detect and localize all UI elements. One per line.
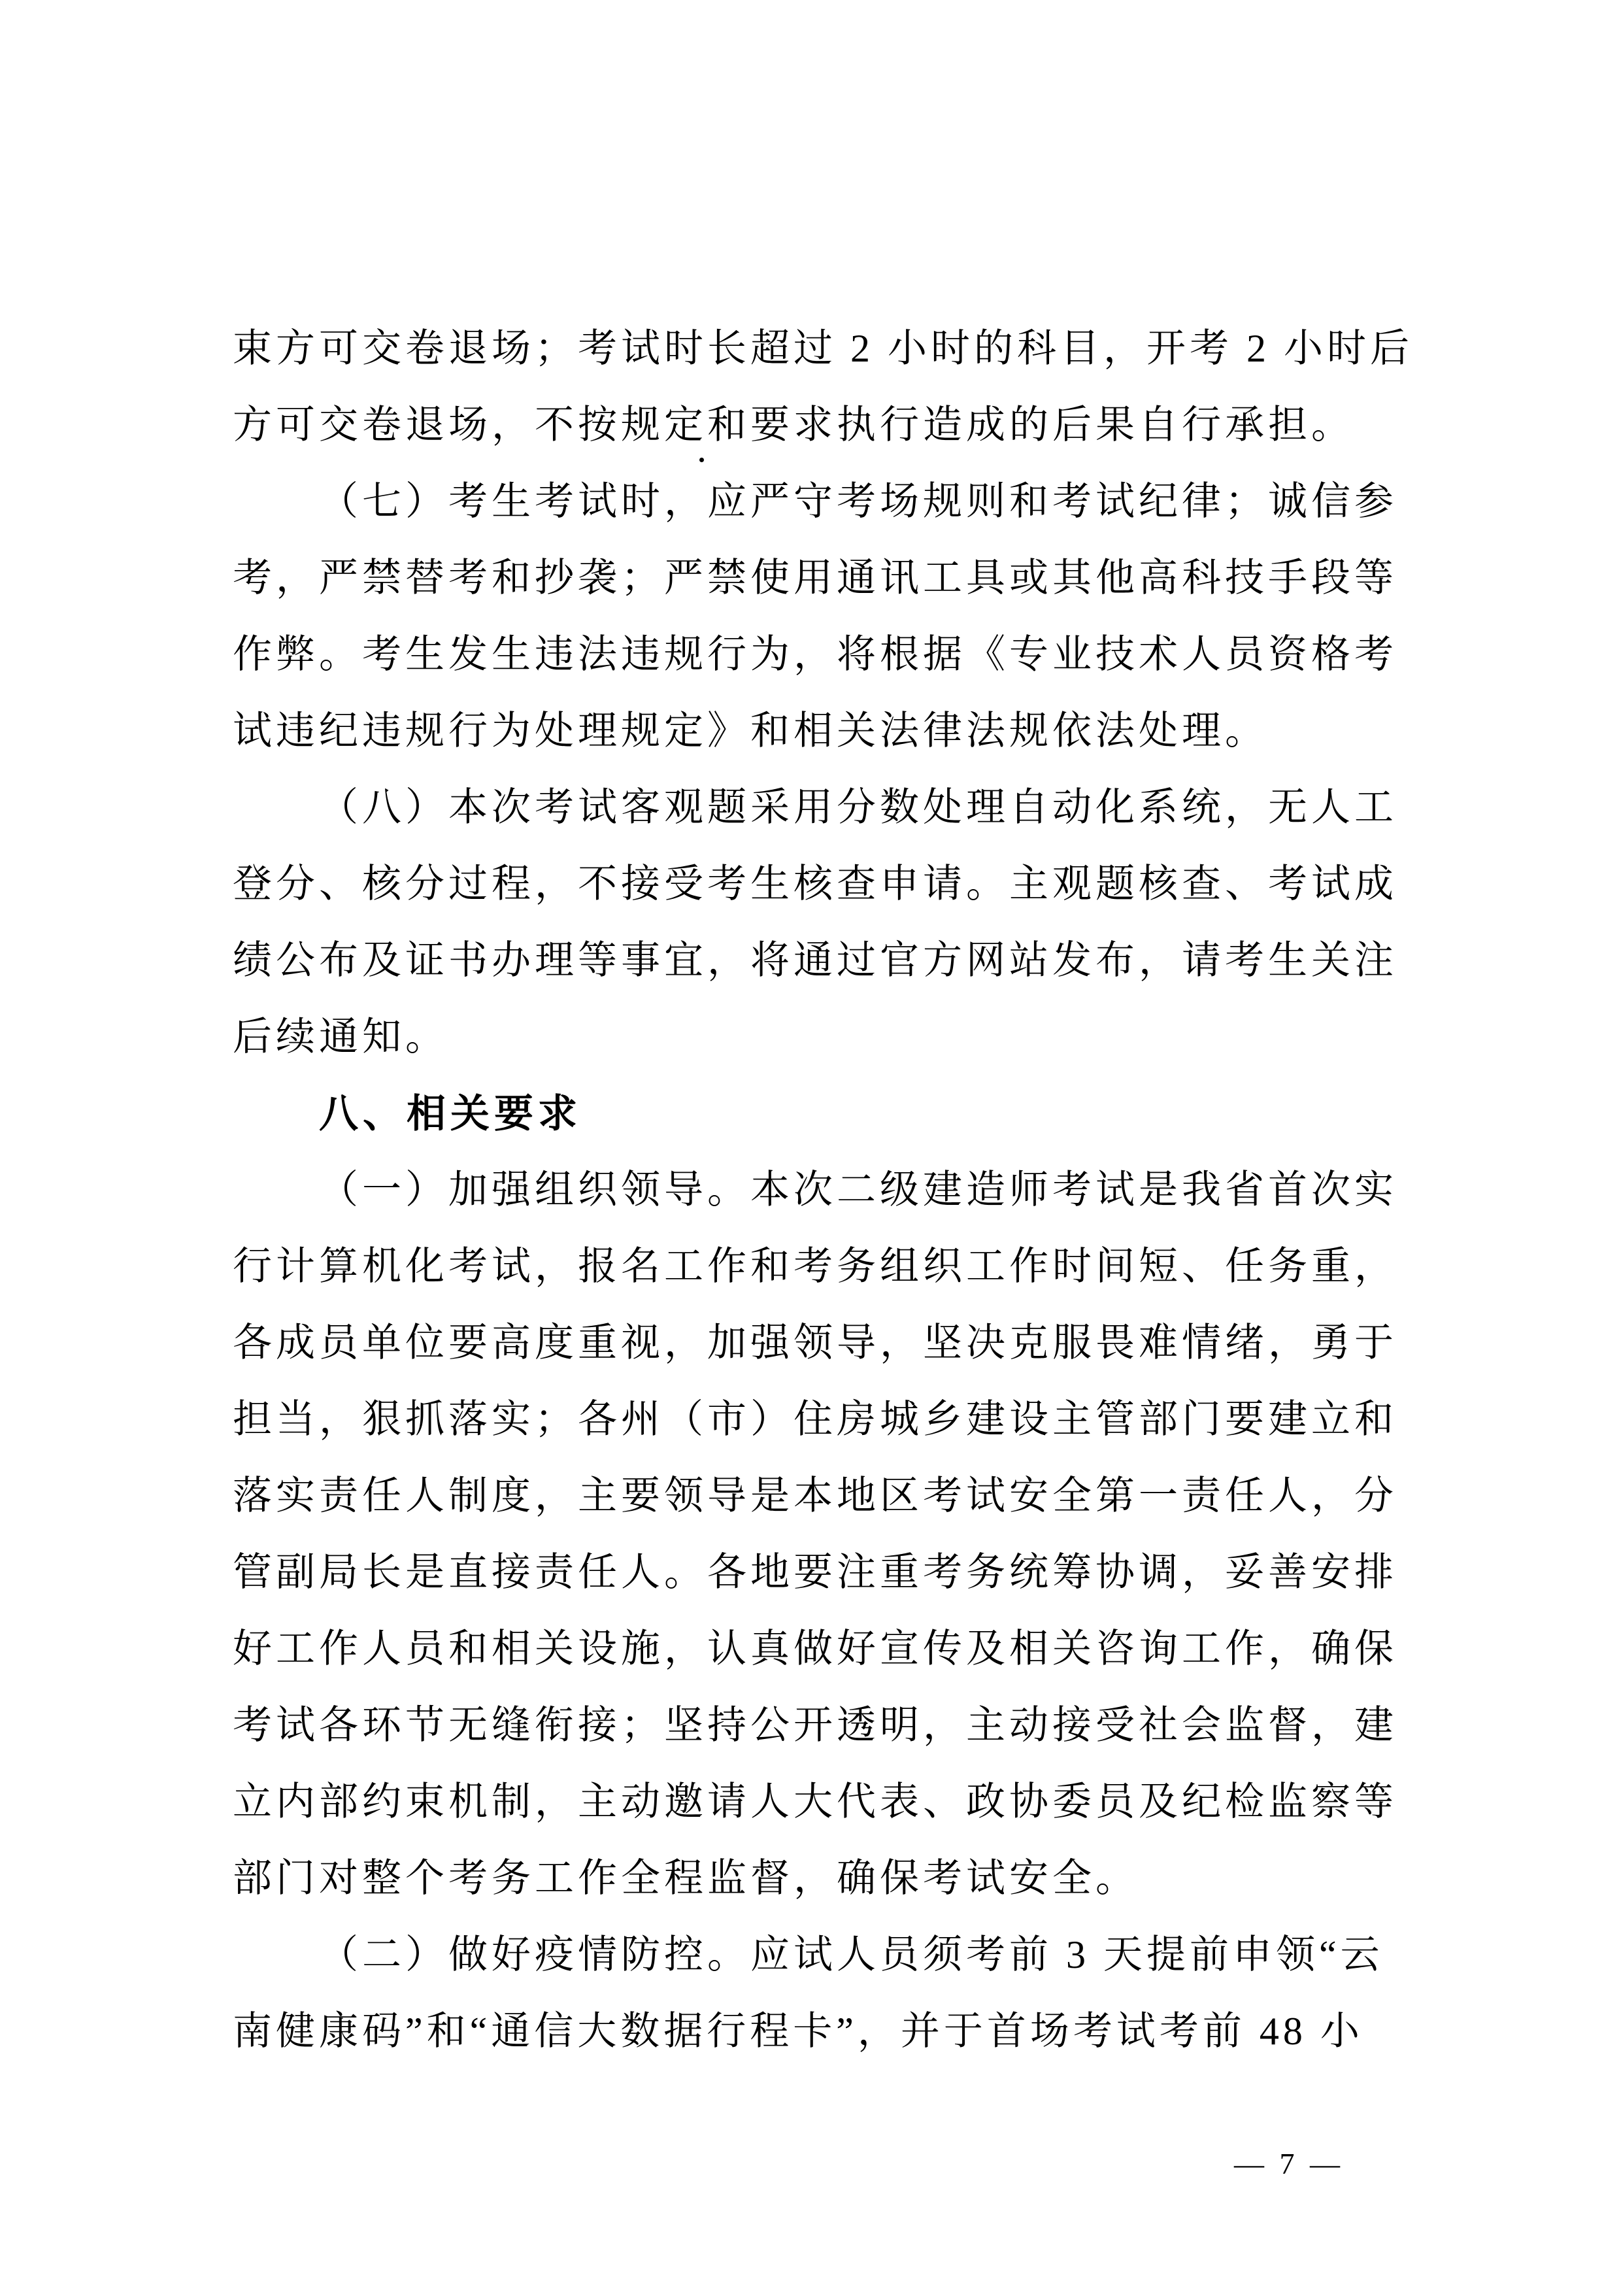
- text-line: 考，严禁替考和抄袭；严禁使用通讯工具或其他高科技手段等: [233, 540, 1396, 616]
- body-text-block: 束方可交卷退场；考试时长超过 2 小时的科目，开考 2 小时后方可交卷退场，不按…: [233, 311, 1396, 2070]
- text-line: 落实责任人制度，主要领导是本地区考试安全第一责任人，分: [233, 1458, 1396, 1534]
- text-line: 作弊。考生发生违法违规行为，将根据《专业技术人员资格考: [233, 616, 1396, 693]
- text-line: 担当，狠抓落实；各州（市）住房城乡建设主管部门要建立和: [233, 1381, 1396, 1458]
- text-line: 立内部约束机制，主动邀请人大代表、政协委员及纪检监察等: [233, 1764, 1396, 1840]
- text-line: （七）考生考试时，应严守考场规则和考试纪律；诚信参: [233, 464, 1396, 540]
- text-line: （二）做好疫情防控。应试人员须考前 3 天提前申领“云: [233, 1917, 1396, 1993]
- text-line: 登分、核分过程，不接受考生核查申请。主观题核查、考试成: [233, 846, 1396, 922]
- text-line: 好工作人员和相关设施，认真做好宣传及相关咨询工作，确保: [233, 1611, 1396, 1687]
- page-number: — 7 —: [1234, 2146, 1344, 2181]
- text-line: 后续通知。: [233, 999, 1396, 1075]
- text-line: 部门对整个考务工作全程监督，确保考试安全。: [233, 1840, 1396, 1917]
- text-line: 管副局长是直接责任人。各地要注重考务统筹协调，妥善安排: [233, 1534, 1396, 1611]
- text-line: （一）加强组织领导。本次二级建造师考试是我省首次实: [233, 1152, 1396, 1228]
- text-line: 束方可交卷退场；考试时长超过 2 小时的科目，开考 2 小时后: [233, 311, 1396, 387]
- text-line: 各成员单位要高度重视，加强领导，坚决克服畏难情绪，勇于: [233, 1305, 1396, 1381]
- document-page: 束方可交卷退场；考试时长超过 2 小时的科目，开考 2 小时后方可交卷退场，不按…: [0, 0, 1621, 2296]
- ink-dot-artifact: [699, 458, 704, 462]
- text-line: 行计算机化考试，报名工作和考务组织工作时间短、任务重，: [233, 1228, 1396, 1305]
- text-line: 绩公布及证书办理等事宜，将通过官方网站发布，请考生关注: [233, 922, 1396, 999]
- text-line: 考试各环节无缝衔接；坚持公开透明，主动接受社会监督，建: [233, 1687, 1396, 1764]
- text-line: 试违纪违规行为处理规定》和相关法律法规依法处理。: [233, 693, 1396, 769]
- section-heading: 八、相关要求: [233, 1075, 1396, 1152]
- text-line: 南健康码”和“通信大数据行程卡”，并于首场考试考前 48 小: [233, 1993, 1396, 2070]
- text-line: 方可交卷退场，不按规定和要求执行造成的后果自行承担。: [233, 387, 1396, 464]
- text-line: （八）本次考试客观题采用分数处理自动化系统，无人工: [233, 769, 1396, 846]
